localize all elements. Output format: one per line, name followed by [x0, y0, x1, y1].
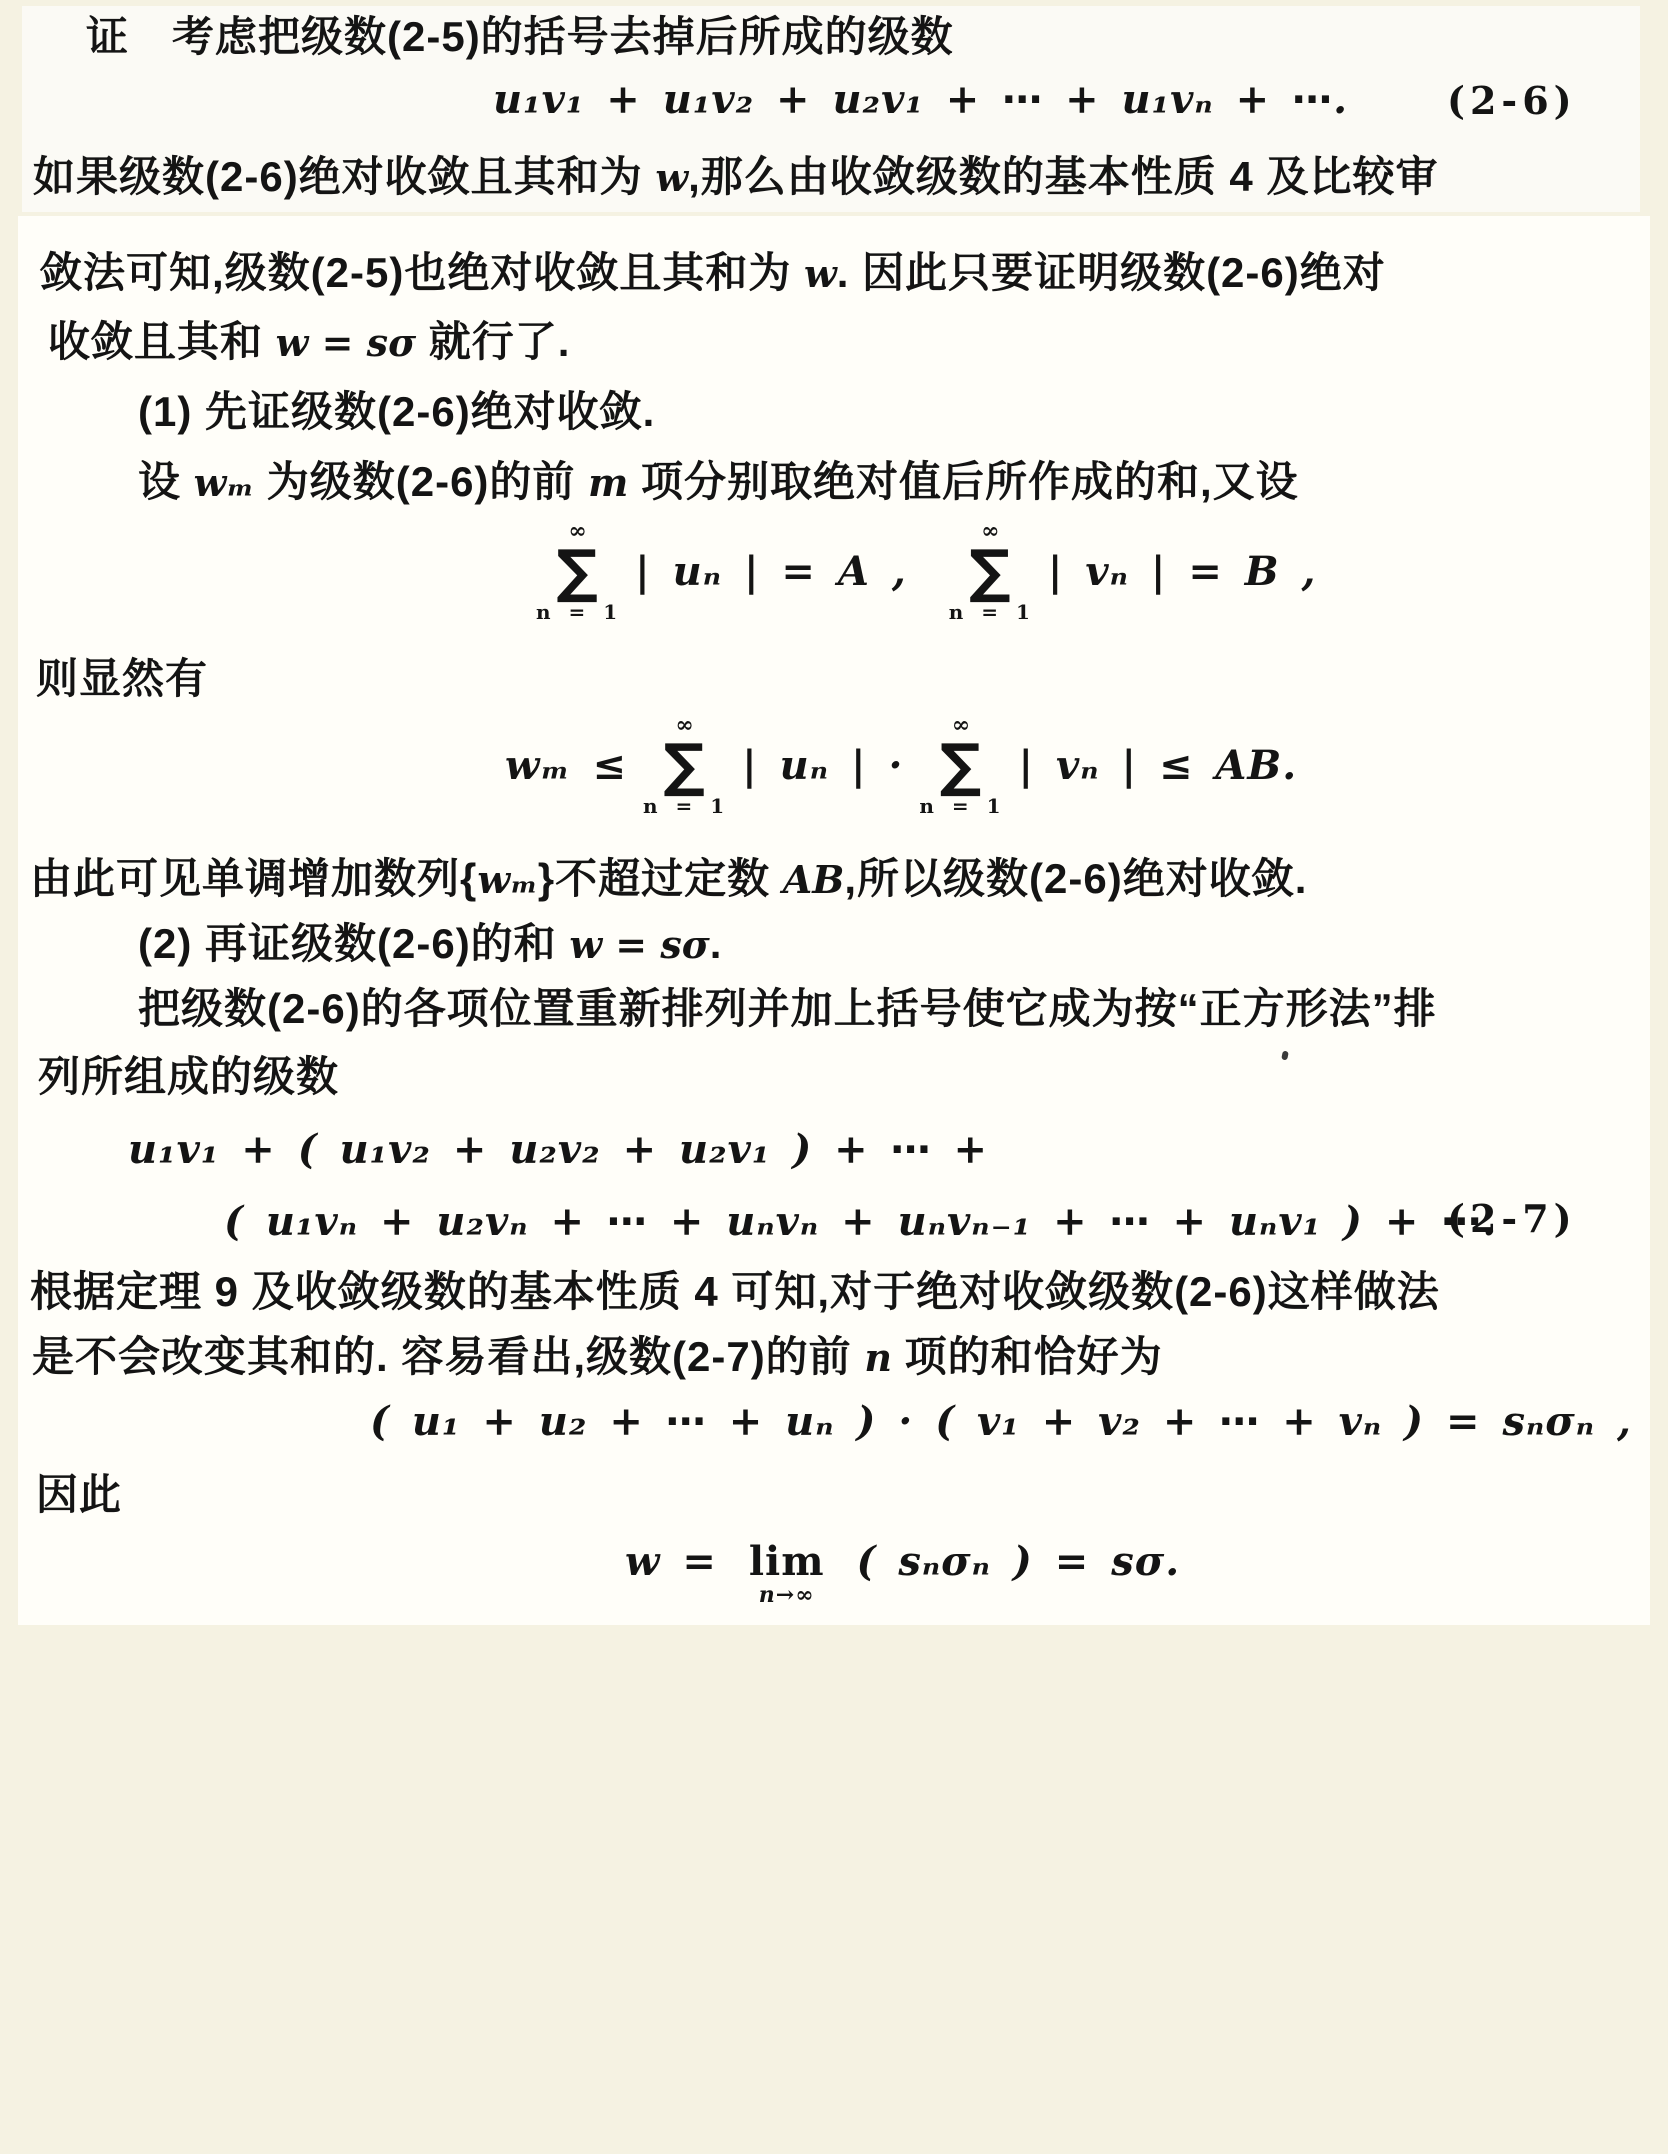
sigma-sum-icon: ∑ [969, 542, 1012, 600]
text-line-8: 由此可见单调增加数列{wₘ}不超过定数 AB,所以级数(2-6)绝对收敛. [30, 852, 1307, 907]
text-line-6: 设 wₘ 为级数(2-6)的前 m 项分别取绝对值后所作成的和,又设 [138, 455, 1299, 510]
text-line-7: 则显然有 [36, 652, 208, 706]
sum-operator: ∞ ∑ n = 1 [536, 520, 619, 622]
sigma-sum-icon: ∑ [940, 736, 983, 794]
formula-2-7-line1-body: u₁v₁ + ( u₁v₂ + u₂v₂ + u₂v₁ ) + ⋯ + [128, 1126, 988, 1173]
limit-operator: lim n→∞ [749, 1538, 825, 1585]
text-line-13: 是不会改变其和的. 容易看出,级数(2-7)的前 n 项的和恰好为 [32, 1330, 1163, 1385]
text-line-therefore: 因此 [36, 1468, 122, 1522]
sigma-sum-icon: ∑ [663, 736, 706, 794]
sum-operator: ∞ ∑ n = 1 [643, 714, 726, 816]
limit-lhs: w = [625, 1538, 717, 1585]
sum-operator: ∞ ∑ n = 1 [949, 520, 1032, 622]
sum-lower-limit: n = 1 [643, 796, 726, 816]
sigma-sum-icon: ∑ [556, 542, 599, 600]
display-formula-2-6: u₁v₁ + u₁v₂ + u₂v₁ + ⋯ + u₁vₙ + ⋯. [493, 76, 1348, 123]
bound-formula: wₘ ≤ ∞ ∑ n = 1 | uₙ | · ∞ ∑ n = 1 | vₙ |… [505, 714, 1297, 816]
formula-2-6-body: u₁v₁ + u₁v₂ + u₂v₁ + ⋯ + u₁vₙ + ⋯. [493, 76, 1348, 123]
sum-lower-limit: n = 1 [536, 602, 619, 622]
text-line-2: 如果级数(2-6)绝对收敛且其和为 w,那么由收敛级数的基本性质 4 及比较审 [33, 150, 1438, 205]
equation-label-2-6: (2-6) [1447, 78, 1577, 123]
text-line-11: 列所组成的级数 [38, 1050, 339, 1104]
text-line-4: 收敛且其和 w = sσ 就行了. [48, 315, 570, 370]
sum-lower-limit: n = 1 [949, 602, 1032, 622]
scanned-textbook-page: 证 考虑把级数(2-5)的括号去掉后所成的级数 如果级数(2-6)绝对收敛且其和… [0, 0, 1668, 2154]
sum-lower-limit: n = 1 [919, 796, 1002, 816]
formula-2-7-line1: u₁v₁ + ( u₁v₂ + u₂v₂ + u₂v₁ ) + ⋯ + [128, 1126, 988, 1173]
text-line-12: 根据定理 9 及收敛级数的基本性质 4 可知,对于绝对收敛级数(2-6)这样做法 [30, 1265, 1440, 1319]
formula-2-7-line2: ( u₁vₙ + u₂vₙ + ⋯ + uₙvₙ + uₙvₙ₋₁ + ⋯ + … [224, 1198, 1497, 1245]
text-line-step1: (1) 先证级数(2-6)绝对收敛. [138, 385, 655, 439]
sum-v-equals-B: | vₙ | = B , [1048, 548, 1317, 595]
sum-definition-formula: ∞ ∑ n = 1 | uₙ | = A , ∞ ∑ n = 1 | vₙ | … [520, 520, 1316, 622]
equation-label-2-7: (2-7) [1447, 1196, 1577, 1241]
limit-rhs: ( sₙσₙ ) = sσ. [856, 1538, 1180, 1585]
bound-mid: | uₙ | · [742, 742, 903, 789]
limit-formula: w = lim n→∞ ( sₙσₙ ) = sσ. [625, 1538, 1180, 1585]
bound-lhs: wₘ ≤ [505, 742, 627, 789]
text-line-proof-start: 证 考虑把级数(2-5)的括号去掉后所成的级数 [86, 10, 954, 64]
lim-symbol: lim [749, 1538, 825, 1585]
lim-subscript: n→∞ [759, 1582, 815, 1608]
formula-2-7-line2-body: ( u₁vₙ + u₂vₙ + ⋯ + uₙvₙ + uₙvₙ₋₁ + ⋯ + … [224, 1198, 1497, 1245]
bound-rhs: | vₙ | ≤ AB. [1019, 742, 1298, 789]
text-line-10: 把级数(2-6)的各项位置重新排列并加上括号使它成为按“正方形法”排 [138, 982, 1437, 1036]
text-line-step2: (2) 再证级数(2-6)的和 w = sσ. [138, 917, 722, 972]
sum-operator: ∞ ∑ n = 1 [919, 714, 1002, 816]
product-formula: ( u₁ + u₂ + ⋯ + uₙ ) · ( v₁ + v₂ + ⋯ + v… [370, 1398, 1632, 1445]
sum-u-equals-A: | uₙ | = A , [635, 548, 907, 595]
text-line-3: 敛法可知,级数(2-5)也绝对收敛且其和为 w. 因此只要证明级数(2-6)绝对 [40, 246, 1386, 301]
product-formula-body: ( u₁ + u₂ + ⋯ + uₙ ) · ( v₁ + v₂ + ⋯ + v… [370, 1398, 1632, 1445]
